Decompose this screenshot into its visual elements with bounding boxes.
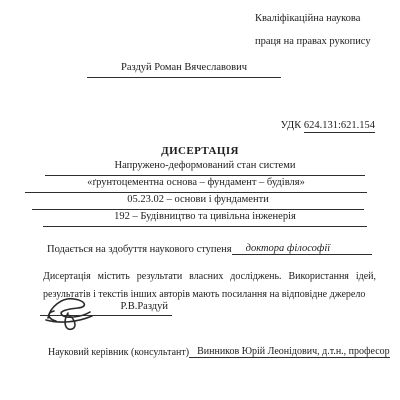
qualification-stamp: Кваліфікаційна наукова праця на правах р… — [255, 8, 385, 53]
stamp-line-2: праця на правах рукопису — [255, 31, 385, 54]
udc-line: УДК 624.131:621.154 — [281, 120, 375, 131]
title-line-4-field-code: 192 – Будівництво та цивільна інженерія — [43, 211, 367, 227]
title-line-3-specialty-code: 05.23.02 – основи і фундаменти — [32, 194, 364, 210]
degree-value: доктора філософії — [232, 243, 372, 255]
udc-code: 624.131:621.154 — [304, 120, 375, 133]
degree-prefix: Подається на здобуття наукового ступеня — [47, 244, 232, 255]
udc-label: УДК — [281, 120, 302, 131]
stamp-line-1: Кваліфікаційна наукова — [255, 8, 385, 31]
title-block: Напружено-деформований стан системи «ґру… — [25, 160, 367, 228]
degree-line: Подається на здобуття наукового ступеня … — [47, 243, 372, 255]
title-line-1: Напружено-деформований стан системи — [45, 160, 365, 176]
dissertation-title-page: Кваліфікаційна наукова праця на правах р… — [0, 0, 400, 400]
title-line-2: «ґрунтоцементна основа – фундамент – буд… — [25, 177, 367, 193]
dissertation-heading: ДИСЕРТАЦІЯ — [0, 145, 400, 157]
supervisor-prefix: Науковий керівник (консультант) — [48, 347, 189, 358]
signature-scribble — [42, 293, 122, 335]
author-name: Раздуй Роман Вячеславович — [87, 62, 281, 78]
supervisor-name: Винников Юрій Леонідович, д.т.н., профес… — [189, 346, 390, 358]
supervisor-line: Науковий керівник (консультант) Винников… — [48, 346, 375, 358]
